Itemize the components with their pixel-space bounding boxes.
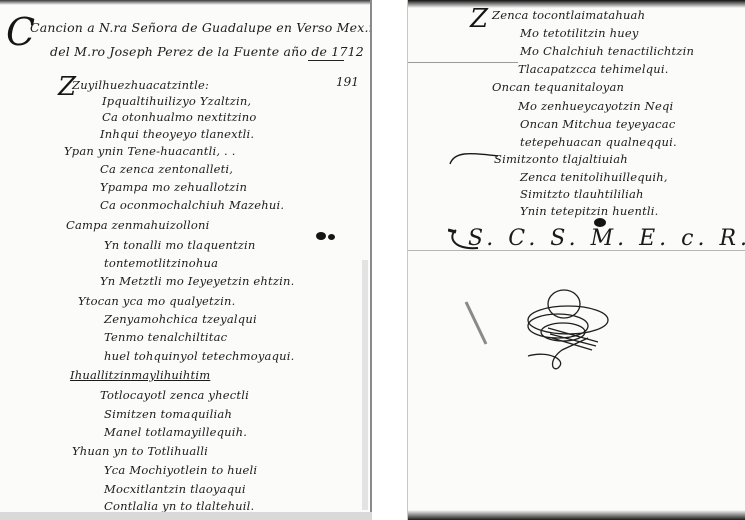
verse-line: Yn tonalli mo tlaquentzin <box>104 238 256 252</box>
verse-line: Ypampa mo zehuallotzin <box>100 180 247 194</box>
verse-line: Yca Mochiyotlein to hueli <box>104 463 257 477</box>
rubric-signature-icon <box>508 280 628 380</box>
verse-line: Yn Metztli mo Ieyeyetzin ehtzin. <box>100 274 294 288</box>
scan-bottom-strip <box>0 512 372 520</box>
verse-line: Ca oconmochalchiuh Mazehui. <box>100 198 284 212</box>
fold-line <box>408 250 745 251</box>
margin-stain <box>362 260 368 510</box>
verse-line: Zenyamohchica tzeyalqui <box>104 312 257 326</box>
folio-number: 191 <box>336 75 359 89</box>
verse-line: Inhqui theoyeyo tlanextli. <box>100 127 254 141</box>
verse-line: Oncan Mitchua teyeyacac <box>520 117 675 131</box>
verse-line: Tlacapatzcca tehimelqui. <box>518 62 669 76</box>
verse-line: Yhuan yn to Totlihualli <box>72 444 208 458</box>
verse-line: Mo tetotilitzin huey <box>520 26 639 40</box>
verse-line: Mocxitlantzin tlaoyaqui <box>104 482 246 496</box>
verse-line: Oncan tequanitaloyan <box>492 80 624 94</box>
verse-line: Ipqualtihuilizyo Yzaltzin, <box>102 94 251 108</box>
signoff-initials: S. C. S. M. E. c. R. <box>468 226 745 251</box>
line-flourish <box>448 148 500 168</box>
verse-line: Manel totlamayillequih. <box>104 425 247 439</box>
verse-line: Totlocayotl zenca yhectli <box>100 388 249 402</box>
verse-line: Zenca tocontlaimatahuah <box>492 8 645 22</box>
ink-blot <box>328 234 335 240</box>
ink-blot <box>316 232 326 240</box>
verse-line: Zuyilhuezhuacatzintle: <box>72 78 209 92</box>
verse-line: Campa zenmahuizolloni <box>66 218 210 232</box>
verse-line: tontemotlitzinohua <box>104 256 218 270</box>
title-line-2: del M.ro Joseph Perez de la Fuente año d… <box>50 44 364 59</box>
stanza-initial: Z <box>470 4 488 34</box>
verse-line: Ihuallitzinmaylihuihtim <box>70 368 210 382</box>
verse-line: Simitzto tlauhtililiah <box>520 187 644 201</box>
verse-line: Ynin tetepitzin huentli. <box>520 204 659 218</box>
verse-line: Ca zenca zentonalleti, <box>100 162 233 176</box>
manuscript-left-page: C Cancion a N.ra Señora de Guadalupe en … <box>0 0 372 512</box>
verse-line: Ytocan yca mo qualyetzin. <box>78 294 235 308</box>
verse-line: Tenmo tenalchiltitac <box>104 330 227 344</box>
fold-line <box>408 62 518 63</box>
verse-line: Mo zenhueycayotzin Neqi <box>518 99 673 113</box>
manuscript-right-page: Z Zenca tocontlaimatahuah Mo tetotilitzi… <box>407 0 745 520</box>
verse-line: Simitzonto tlajaltiuiah <box>494 152 628 166</box>
verse-line: Contlalia yn to tlaltehuil. <box>104 499 254 512</box>
verse-line: Zenca tenitolihuillequih, <box>520 170 668 184</box>
verse-line: Mo Chalchiuh tenactilichtzin <box>520 44 694 58</box>
verse-line: Ypan ynin Tene-huacantli, . . <box>64 144 236 158</box>
verse-line: Ca otonhualmo nextitzino <box>102 110 257 124</box>
title-year-underline <box>308 60 344 61</box>
pen-stroke-mark <box>464 300 494 350</box>
verse-line: huel tohquinyol tetechmoyaqui. <box>104 349 295 363</box>
verse-line: Simitzen tomaquiliah <box>104 407 232 421</box>
title-line-1: Cancion a N.ra Señora de Guadalupe en Ve… <box>30 20 372 35</box>
verse-line: tetepehuacan qualneqqui. <box>520 135 677 149</box>
